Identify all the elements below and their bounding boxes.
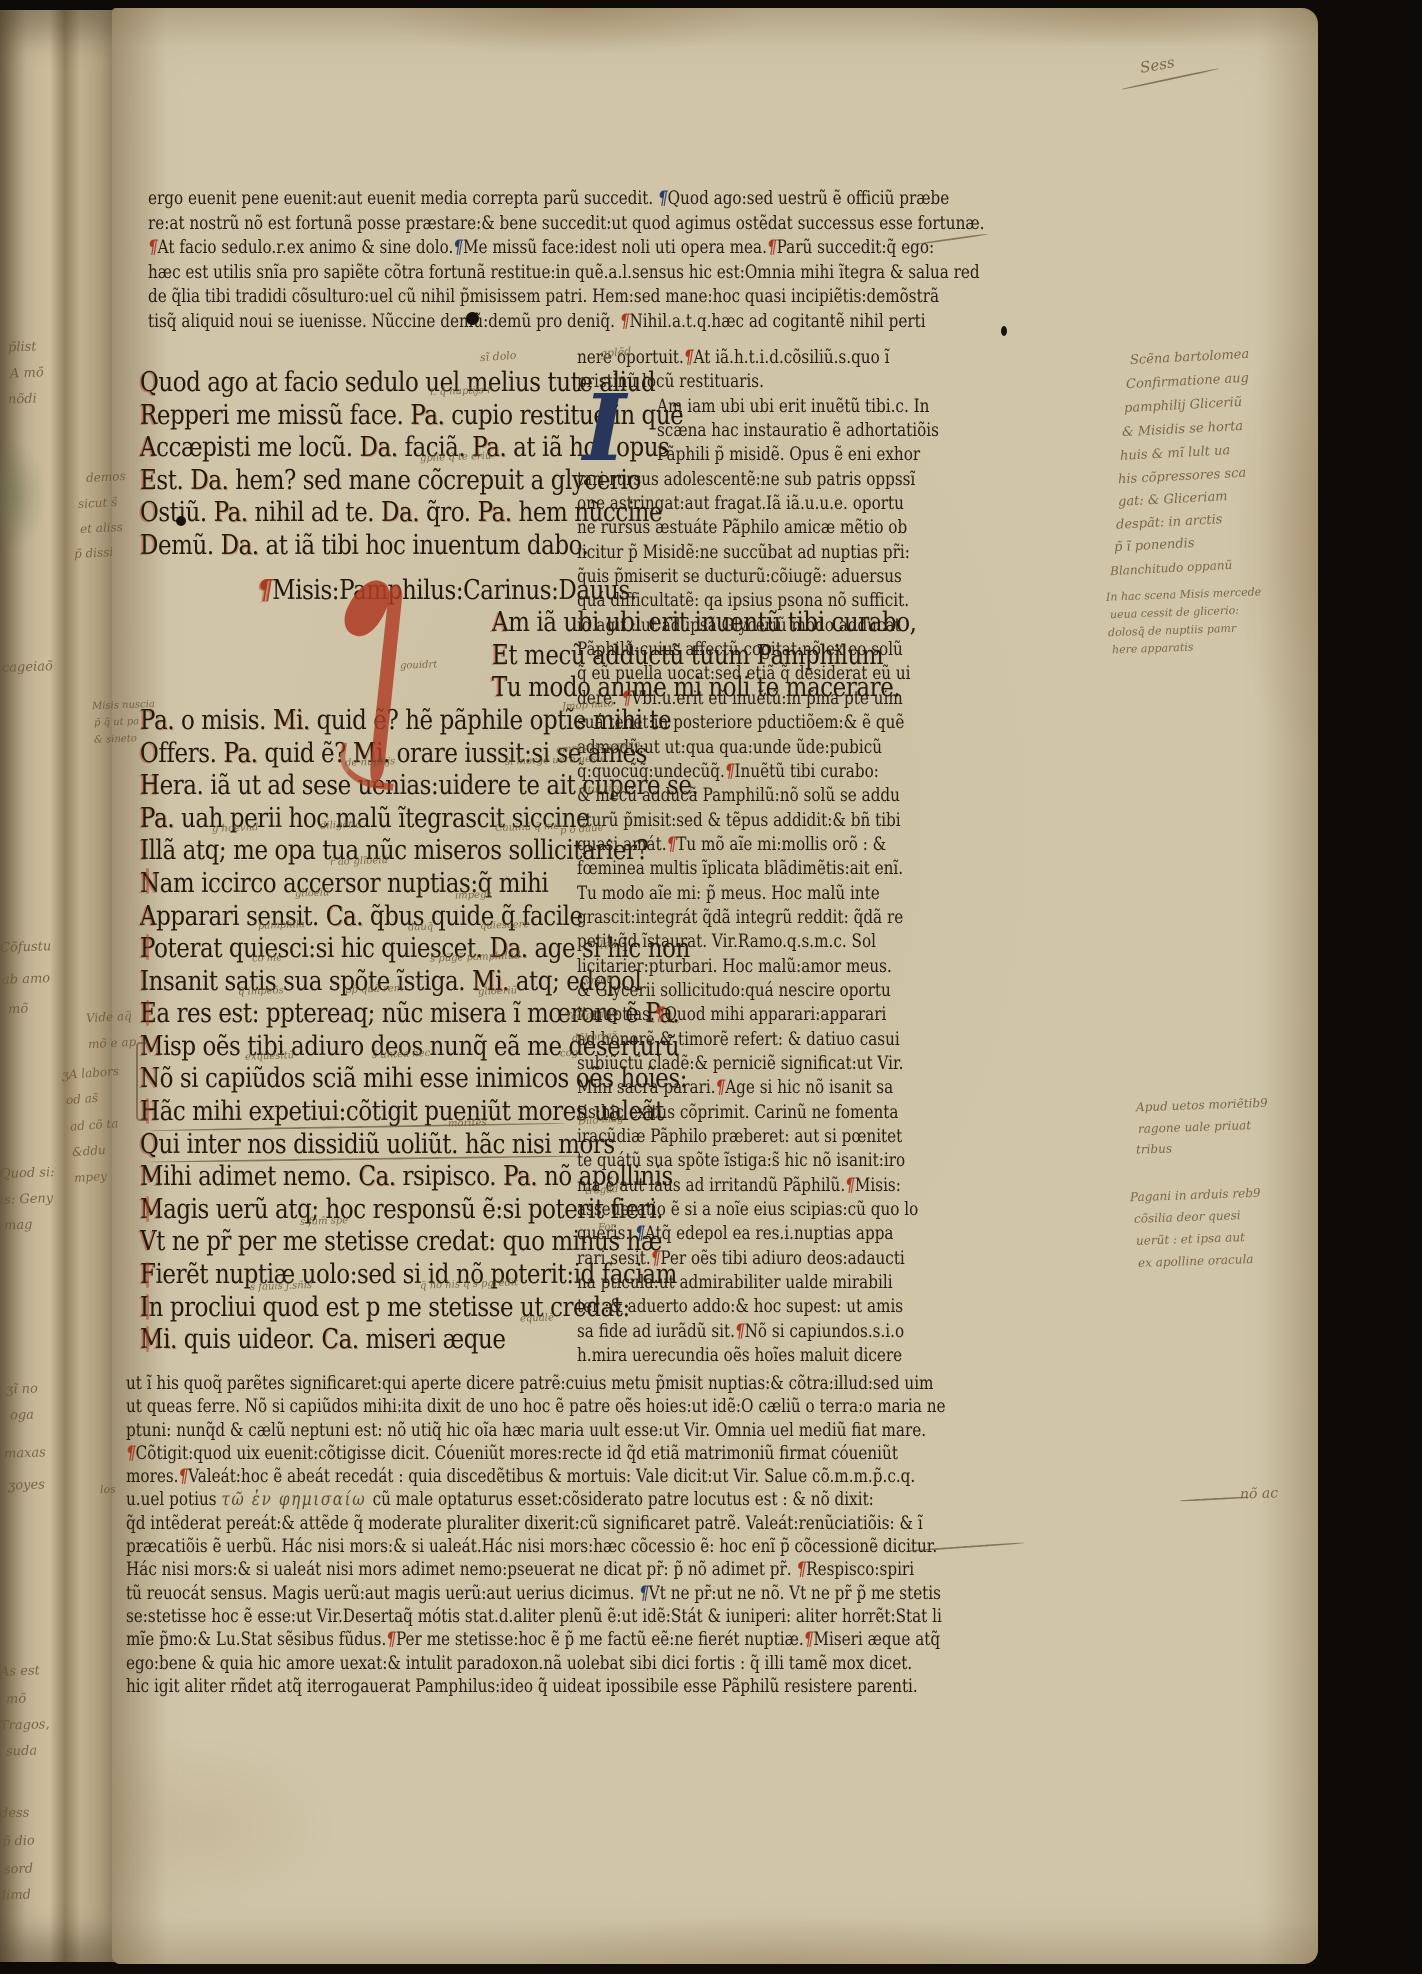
ink-blot [1001, 326, 1007, 336]
marginalia-note: quiescere [480, 919, 530, 932]
text-line: Ostiũ. Pa. nihil ad te. Da. q̃ro. Pa. he… [140, 497, 591, 530]
text-line: Est. Da. hem? sed mane cõcrepuit a glyce… [140, 465, 591, 498]
speaker-abbrev: Ca. [358, 1161, 395, 1192]
red-pen-stroke [146, 1098, 149, 1124]
text-line: ter :& aduerto addo:& hoc supest: ut ami… [577, 1294, 913, 1318]
text-line: Demũ. Da. at iã tibi hoc inuentum dabo. [140, 530, 591, 563]
marginalia-note: nõ ac [1240, 1485, 1279, 1502]
text-line: ergo euenit pene euenit:aut euenit media… [148, 186, 916, 211]
text-line: Poterat quiesci:si hic quiescet. Da. age… [140, 933, 591, 966]
marginalia-note: los [100, 1483, 116, 1497]
scanned-book-photo: ergo euenit pene euenit:aut euenit media… [0, 0, 1422, 1974]
text-line: iracũdiæ Pãphilo præberet: aut si pœnite… [577, 1124, 913, 1148]
text-line: Pãphili p̃ misidẽ. Opus ẽ eni exhor [657, 442, 929, 466]
marginalia-note: limd [2, 1887, 31, 1903]
red-pen-stroke [146, 1262, 149, 1288]
text-line: q̃uis p̃miserit se ducturũ:cõiugẽ: aduer… [577, 564, 913, 588]
marginalia-note: od as̃ [66, 1091, 99, 1107]
speaker-abbrev: Pa. [223, 738, 257, 769]
marginalia-note: et aliss [80, 520, 124, 536]
marginalia-note: glĩoeriũ [478, 985, 518, 997]
marginalia-note: g hoevnd [212, 822, 259, 835]
marginalia-note: q̃ impeõs [238, 985, 284, 998]
marginalia-note: sord [4, 1861, 34, 1877]
marginalia-note: p̃ q̃ ut pa [94, 716, 140, 729]
text-line: tis:hic exitus cõprimit. Carinũ ne fomen… [577, 1100, 913, 1124]
text-line: Nam iccirco accersor nuptias:q̃ mihi [140, 868, 591, 901]
text-line: Quod ago at facio sedulo uel melius tute… [140, 367, 591, 400]
text-line: licitarier:pturbari. Hoc malũ:amor meus. [577, 954, 913, 978]
marginalia-note: p̃ dio [2, 1833, 35, 1849]
pilcrow-mark: ¶ [620, 310, 630, 332]
text-line: mĩe p̃mo:& Lu.Stat sẽsibus fũdus.¶Per me… [126, 1628, 918, 1651]
marginalia-note: diligẽtia [320, 819, 362, 831]
text-line: Repperi me missũ face. Pa. cupio restitu… [140, 400, 591, 433]
marginalia-note: p̃list [8, 340, 37, 356]
text-line: Misp oẽs tibi adiuro deos nunq̃ eã me de… [140, 1031, 591, 1064]
marginalia-note: Vide aq̃ [86, 1009, 132, 1025]
marginalia-note: & sineto [94, 733, 137, 745]
marginalia-note: cõ me [252, 952, 283, 964]
commentary-column: nere oportuit.¶At iã.h.t.i.d.cõsiliũ.s.q… [577, 345, 997, 1367]
greek-gloss: τῶ ἐν φημισαίω [221, 1488, 372, 1510]
text-line: q̃ eũ puella uocat:sed etiã q̃ desiderat… [577, 661, 913, 685]
marginalia-note: equalẽ [520, 1312, 554, 1324]
marginalia-note: gouidrt [400, 659, 438, 671]
speaker-abbrev: Da. [381, 497, 419, 528]
speaker-abbrev: Ca. [326, 901, 363, 932]
marginalia-note: pamphila [258, 919, 305, 932]
text-line: te quátũ sua spõte ĩstiga:s̃ hic nõ isan… [577, 1148, 913, 1172]
text-line: q̃:quocũq̃:undecũq̃.¶Inuẽtũ tibi curabo: [577, 759, 913, 783]
marginalia-note: As est [0, 1663, 40, 1679]
text-line: scæna hac instauratio ẽ adhortatiõis [657, 418, 929, 442]
text-line: quasi amát.¶Tu mõ aĩe mi:mollis orõ : & [577, 832, 913, 856]
marginalia-note: ʒoyes [8, 1477, 45, 1493]
text-line: ¶Misis:Pamphilus:Carinus:Dauus. [258, 575, 608, 608]
text-line: Tu modo aĩe mi: p̃ meus. Hoc malũ inte [577, 881, 913, 905]
text-line: Nõ si capiũdos sciã mihi esse inimicos o… [140, 1063, 591, 1096]
speaker-abbrev: Pa. [477, 497, 511, 528]
text-line: mores.¶Valeát:hoc ẽ abeát recedát : quia… [126, 1465, 918, 1488]
ink-blot [466, 312, 479, 325]
top-commentary-block: ergo euenit pene euenit:aut euenit media… [148, 186, 1108, 334]
marginalia-note: dauq̃ [408, 922, 434, 934]
marginalia-note: nõdi [8, 392, 37, 408]
text-line: u.uel potius τῶ ἐν φημισαίω cũ male opta… [126, 1488, 918, 1511]
text-line: Mi. quis uideor. Ca. miseri æque [140, 1324, 591, 1357]
speaker-abbrev: Da. [221, 530, 259, 561]
text-line: præcatiõis ẽ uerbũ. Hác nisi mors:& si u… [126, 1535, 918, 1558]
text-line: grascit:integrát q̃dã integrũ reddit: q̃… [577, 905, 913, 929]
marginalia-note: pp̃ quã rem [345, 983, 404, 996]
marginalia-note: mõ e ap [88, 1035, 137, 1052]
pilcrow-mark: ¶ [684, 346, 694, 368]
marginalia-note: glĩoeiũ [295, 887, 330, 899]
text-line: hæc est utilis snĩa pro sapiẽte cõtra fo… [148, 260, 916, 285]
text-line: re:at nostrũ nõ est fortunã posse præsta… [148, 211, 916, 236]
text-line: Fierẽt nuptiæ uolo:sed si id nõ poterit:… [140, 1259, 591, 1292]
text-line: se:stetisse hoc ẽ esse:ut Vir.Desertaq̃ … [126, 1605, 918, 1628]
pilcrow-mark: ¶ [639, 1582, 649, 1604]
marginalia-note: oga [10, 1408, 34, 1424]
pilcrow-mark: ¶ [667, 833, 677, 855]
marginalia-note: s̃ fauis j.sñis [250, 1280, 312, 1293]
pilcrow-mark: ¶ [453, 236, 463, 258]
marginalia-note: Misis nuscia [92, 699, 155, 712]
text-line: ¶Cõtigit:quod uix euenit:cõtigisse dicit… [126, 1442, 918, 1465]
speaker-abbrev: Mi. [273, 705, 310, 736]
marginalia-note: maxas [4, 1445, 46, 1461]
marginalia-note: tribus [1136, 1141, 1172, 1156]
speaker-abbrev: Ca. [321, 1324, 358, 1355]
red-pen-stroke [146, 1196, 149, 1222]
text-line: Accæpisti me locũ. Da. faciã. Pa. at iã … [140, 432, 591, 465]
marginalia-note: Tragos, [0, 1717, 50, 1734]
text-line: ne rursus æstuáte Pãphilo amicæ mẽtio ob [577, 515, 913, 539]
text-line: ut ĩ his quoq̃ parẽtes significaret:qui … [126, 1372, 918, 1395]
pilcrow-mark: ¶ [651, 1247, 661, 1269]
text-line: id agit : ut ad ipsã Glyceriũ modo adduc… [577, 613, 913, 637]
text-line: Mihi adimet nemo. Ca. rsipisco. Pa. nõ a… [140, 1161, 591, 1194]
speaker-abbrev: Da. [190, 465, 228, 496]
red-pen-stroke [146, 1326, 149, 1352]
pilcrow-mark: ¶ [735, 1320, 745, 1342]
red-pen-stroke [146, 934, 149, 960]
pilcrow-mark: ¶ [126, 1442, 136, 1464]
pilcrow-mark: ¶ [658, 187, 668, 209]
pilcrow-mark: ¶ [386, 1628, 396, 1650]
text-line: Ea res est: pptereaq; nũc misera ĩ mœror… [140, 998, 591, 1031]
speaker-abbrev: Pa. [214, 497, 248, 528]
marginalia-note: &ddu [72, 1143, 107, 1159]
text-line: rari sesit.¶Per oẽs tibi adiuro deos:ada… [577, 1246, 913, 1270]
marginalia-note: de nuptijs [345, 756, 396, 769]
text-line: cturũ p̃misit:sed & tẽpus addidit:& bñ t… [577, 808, 913, 832]
marginalia-note: vrscn [585, 974, 613, 987]
marginalia-note: i. q̃ nuptijs r̃ [430, 385, 492, 398]
marginalia-note: s̃ fam̃ spe [300, 1215, 348, 1228]
marginalia-note: p̃ dissi [74, 545, 114, 561]
speaker-abbrev: Da. [359, 432, 397, 463]
marginalia-note: demos [86, 469, 126, 485]
pilcrow-mark: ¶ [716, 1076, 726, 1098]
text-line: Vt ne pr̃ per me stetisse credat: quo mi… [140, 1226, 591, 1259]
text-line: ptuni: nunq̃d & cælũ neptuni est: nõ uti… [126, 1419, 918, 1442]
text-line: ut queas ferre. Nõ si capiũdos mihi:ita … [126, 1395, 918, 1418]
text-line: queris. ¶Atq̃ edepol ea res.i.nuptias ap… [577, 1221, 913, 1245]
ink-blot [176, 516, 186, 526]
marginalia-note: Quod si: [0, 1165, 55, 1182]
marginalia-note: sicut s̃ [78, 495, 118, 511]
text-line: Pãphilũ:cuius affectũ cogitat:nõ ex eo s… [577, 637, 913, 661]
text-line: nia ẽ aut laus ad irritandũ Pãphilũ.¶Mis… [577, 1173, 913, 1197]
text-line: quá difficultatẽ: qa ipsius psona nõ suf… [577, 588, 913, 612]
text-line: na pticula:ut admirabiliter ualde mirabi… [577, 1270, 913, 1294]
text-line: tũ reuocát sensus. Magis uerũ:aut magis … [126, 1582, 918, 1605]
pilcrow-mark: ¶ [635, 1222, 645, 1244]
pilcrow-mark: ¶ [767, 236, 777, 258]
text-line: fœminea multis ĩplicata blãdimẽtis:ait e… [577, 856, 913, 880]
pilcrow-mark: ¶ [148, 236, 158, 258]
text-line: suá tenet:in posteriore pductiõem:& ẽ qu… [577, 710, 913, 734]
marginalia-note: For [598, 1221, 616, 1233]
marginalia-note: leo [600, 937, 618, 951]
blue-initial-I: I [583, 382, 645, 482]
marginalia-note: suda [6, 1743, 38, 1759]
text-line: ¶At facio sedulo.r.ex animo & sine dolo.… [148, 235, 916, 260]
text-line: asseueratio ẽ si a noĩe eius scipias:cũ … [577, 1197, 913, 1221]
marginalia-note: r̃ ad glĩoeiũ [330, 855, 388, 868]
marginalia-note: is: Geny [0, 1191, 53, 1208]
red-pen-stroke [146, 1000, 149, 1026]
speaker-abbrev: Pa. [410, 400, 444, 431]
red-pen-stroke [146, 1294, 149, 1320]
text-line: dere. ¶Vbi.u.erit eũ inuẽtũ:in p̃ma pte … [577, 686, 913, 710]
marginalia-note: mõ [8, 1002, 29, 1018]
pilcrow-mark: ¶ [622, 687, 632, 709]
pilcrow-mark: ¶ [258, 575, 272, 606]
speaker-abbrev: Pa. [503, 1161, 537, 1192]
pilcrow-mark: ¶ [845, 1174, 855, 1196]
marginalia-note: ʒĩ no [6, 1381, 38, 1397]
pilcrow-mark: ¶ [725, 760, 735, 782]
pilcrow-mark: ¶ [804, 1628, 814, 1650]
text-line: petit:q̃d ĩstaurat. Vir.Ramo.q.s.m.c. So… [577, 929, 913, 953]
marginalia-note: mõ [6, 1692, 27, 1708]
marginalia-note: gplẽd [600, 345, 632, 360]
marginalia-note: Cauinũ q̃ me [495, 821, 560, 834]
text-line: h.mira uerecundia oẽs hoĩes maluit dicer… [577, 1343, 913, 1367]
text-line: Mihi sacra parari.¶Age si hic nõ isanit … [577, 1075, 913, 1099]
ink-smudge [0, 440, 47, 550]
pilcrow-mark: ¶ [655, 1003, 665, 1025]
bottom-commentary-block: ut ĩ his quoq̃ parẽtes significaret:qui … [126, 1372, 1116, 1698]
text-line: iicitur p̃ Misidẽ:ne succũbat ad nuptias… [577, 540, 913, 564]
marginalia-note: A mõ [10, 365, 44, 381]
text-line: & mecũ adducã Pamphilũ:nõ solũ se addu [577, 783, 913, 807]
marginalia-note: s̃ untea hec [372, 1048, 431, 1061]
text-line: tisq̃ aliquid noui se iuenisse. Nũccine … [148, 309, 916, 334]
text-line: hic igit aliter rñdet atq̃ iterrogauerat… [126, 1675, 918, 1698]
text-line: one astringat:aut fragat.Iã iã.u.u.e. op… [577, 491, 913, 515]
pilcrow-mark: ¶ [178, 1465, 188, 1487]
marginalia-note: dess [0, 1805, 30, 1821]
text-line: sa fide ad iurãdũ sit.¶Nõ si capiundos.s… [577, 1319, 913, 1343]
marginalia-note: cageiaõ [2, 659, 53, 676]
marginalia-note: Cõfustu [0, 939, 51, 956]
marginalia-note: mpey [74, 1169, 108, 1185]
red-pen-stroke [146, 868, 149, 894]
marginalia-note: sĩ dolo [480, 349, 517, 365]
marginalia-note: exq̃uesitũ [245, 1050, 294, 1063]
marginalia-note: tragad̃ [585, 1184, 619, 1197]
text-line: subiũctũ cladẽ:& perniciẽ significat:ut … [577, 1051, 913, 1075]
text-line: de q̃lia tibi tradidi cõsulturo:uel cũ n… [148, 284, 916, 309]
marginalia-note: mag [4, 1218, 33, 1234]
text-line: it nuptias.¶Quod mihi apparari:apparari [577, 1002, 913, 1026]
speaker-abbrev: Pa. [140, 803, 174, 834]
marginalia-note: impeg̃s [455, 889, 492, 901]
text-line: Hác nisi mors:& si ualeát nisi mors adim… [126, 1558, 918, 1581]
text-line: & Glycerii sollicitudo:quá nescire oport… [577, 978, 913, 1002]
marginalia-note: ab amo [2, 971, 51, 988]
text-line: ad honorẽ & timorẽ refert: & datiuo casu… [577, 1027, 913, 1051]
text-line: Magis uerũ atq; hoc responsũ ẽ:si poteri… [140, 1194, 591, 1227]
text-line: q̃d intẽderat pereát:& attẽde q̃ moderat… [126, 1512, 918, 1535]
pilcrow-mark: ¶ [796, 1558, 806, 1580]
marginalia-note: cog [560, 1048, 578, 1060]
text-line: ego:bene & quia hic amore uexat:& intuli… [126, 1652, 918, 1675]
text-line: Am iam ubi ubi erit inuẽtũ tibi.c. In [657, 394, 929, 418]
